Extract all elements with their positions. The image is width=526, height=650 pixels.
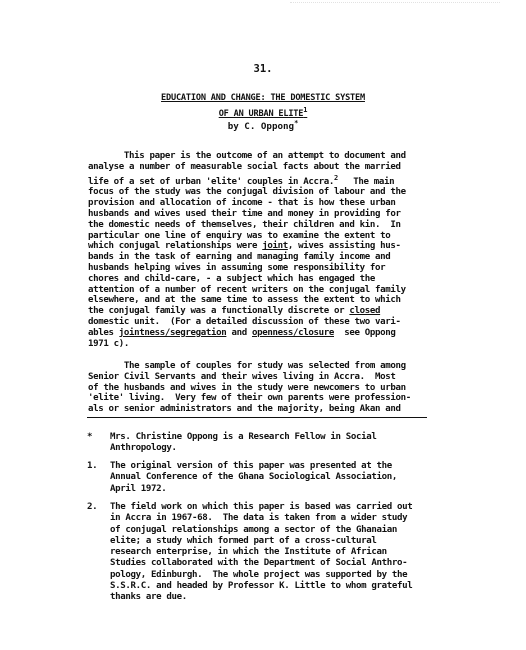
footnote-ref-1: 1 <box>303 106 307 114</box>
line: focus of the study was the conjugal divi… <box>88 187 428 198</box>
line: research enterprise, in which the Instit… <box>110 547 412 558</box>
line-text: see Oppong <box>334 328 396 338</box>
line: Studies collaborated with the Department… <box>110 558 412 569</box>
line: of the husbands and wives in the study w… <box>88 383 428 394</box>
line-text: ables <box>88 328 119 338</box>
line-text: , wives assisting hus- <box>288 241 401 251</box>
line: the conjugal family was a functionally d… <box>88 306 428 317</box>
line: Annual Conference of the Ghana Sociologi… <box>110 472 397 483</box>
line: The sample of couples for study was sele… <box>88 361 428 372</box>
line: 1971 c). <box>88 339 428 350</box>
page-number: 31. <box>0 63 526 75</box>
paragraph-2: The sample of couples for study was sele… <box>88 361 428 415</box>
line: attention of a number of recent writers … <box>88 285 428 296</box>
underlined-term-jointness: jointness/segregation <box>119 328 227 338</box>
line-text: which conjugal relationships were <box>88 241 262 251</box>
line: Anthropology. <box>110 443 377 454</box>
title-text-2: OF AN URBAN ELITE <box>219 109 304 119</box>
line: pology, Edinburgh. The whole project was… <box>110 570 412 581</box>
footnote-divider <box>87 417 427 418</box>
line: analyse a number of measurable social fa… <box>88 162 428 173</box>
line: of conjugal relationships among a sector… <box>110 525 412 536</box>
line: als or senior administrators and the maj… <box>88 404 428 415</box>
line: bands in the task of earning and managin… <box>88 252 428 263</box>
paragraph-1: This paper is the outcome of an attempt … <box>88 151 428 349</box>
line-text: The main <box>338 177 394 187</box>
line: life of a set of urban 'elite' couples i… <box>88 173 428 188</box>
line: S.S.R.C. and headed by Professor K. Litt… <box>110 581 412 592</box>
line: This paper is the outcome of an attempt … <box>88 151 428 162</box>
document-page: 31. EDUCATION AND CHANGE: THE DOMESTIC S… <box>0 0 526 650</box>
line: domestic unit. (For a detailed discussio… <box>88 317 428 328</box>
line-text: the conjugal family was a functionally d… <box>88 306 349 316</box>
line: husbands helping wives in assuming some … <box>88 263 428 274</box>
line: elite; a study which formed part of a cr… <box>110 536 412 547</box>
line: which conjugal relationships were joint,… <box>88 241 428 252</box>
byline: by C. Oppong* <box>0 119 526 132</box>
line: chores and child-care, - a subject which… <box>88 274 428 285</box>
line: April 1972. <box>110 484 397 495</box>
title-text-1: EDUCATION AND CHANGE: THE DOMESTIC SYSTE… <box>161 93 365 103</box>
line: ables jointness/segregation and openness… <box>88 328 428 339</box>
line: The original version of this paper was p… <box>110 461 397 472</box>
line-text: life of a set of urban 'elite' couples i… <box>88 177 334 187</box>
footnote-body: The field work on which this paper is ba… <box>110 502 412 604</box>
underlined-term-openness: openness/closure <box>252 328 334 338</box>
footnote-mark: 2. <box>87 502 97 513</box>
line: The field work on which this paper is ba… <box>110 502 412 513</box>
footnote-mark: 1. <box>87 461 97 472</box>
line: 'elite' living. Very few of their own pa… <box>88 393 428 404</box>
line-text: and <box>226 328 252 338</box>
footnote-body: Mrs. Christine Oppong is a Research Fell… <box>110 432 377 455</box>
line: provision and allocation of income - tha… <box>88 198 428 209</box>
title-line-2: OF AN URBAN ELITE1 <box>0 106 526 119</box>
line: husbands and wives used their time and m… <box>88 209 428 220</box>
line: Senior Civil Servants and their wives li… <box>88 372 428 383</box>
author: by C. Oppong <box>228 121 294 132</box>
line: in Accra in 1967-68. The data is taken f… <box>110 513 412 524</box>
line: the domestic needs of themselves, their … <box>88 220 428 231</box>
line: particular one line of enquiry was to ex… <box>88 231 428 242</box>
footnote-ref-star: * <box>294 119 298 127</box>
title-line-1: EDUCATION AND CHANGE: THE DOMESTIC SYSTE… <box>0 93 526 103</box>
underlined-term-closed: closed <box>349 306 380 316</box>
underlined-term-joint: joint <box>262 241 288 251</box>
scan-artifact <box>290 2 500 7</box>
footnote-body: The original version of this paper was p… <box>110 461 397 495</box>
line: elsewhere, and at the same time to asses… <box>88 295 428 306</box>
line: thanks are due. <box>110 592 412 603</box>
footnote-mark: * <box>87 432 92 443</box>
line: Mrs. Christine Oppong is a Research Fell… <box>110 432 377 443</box>
